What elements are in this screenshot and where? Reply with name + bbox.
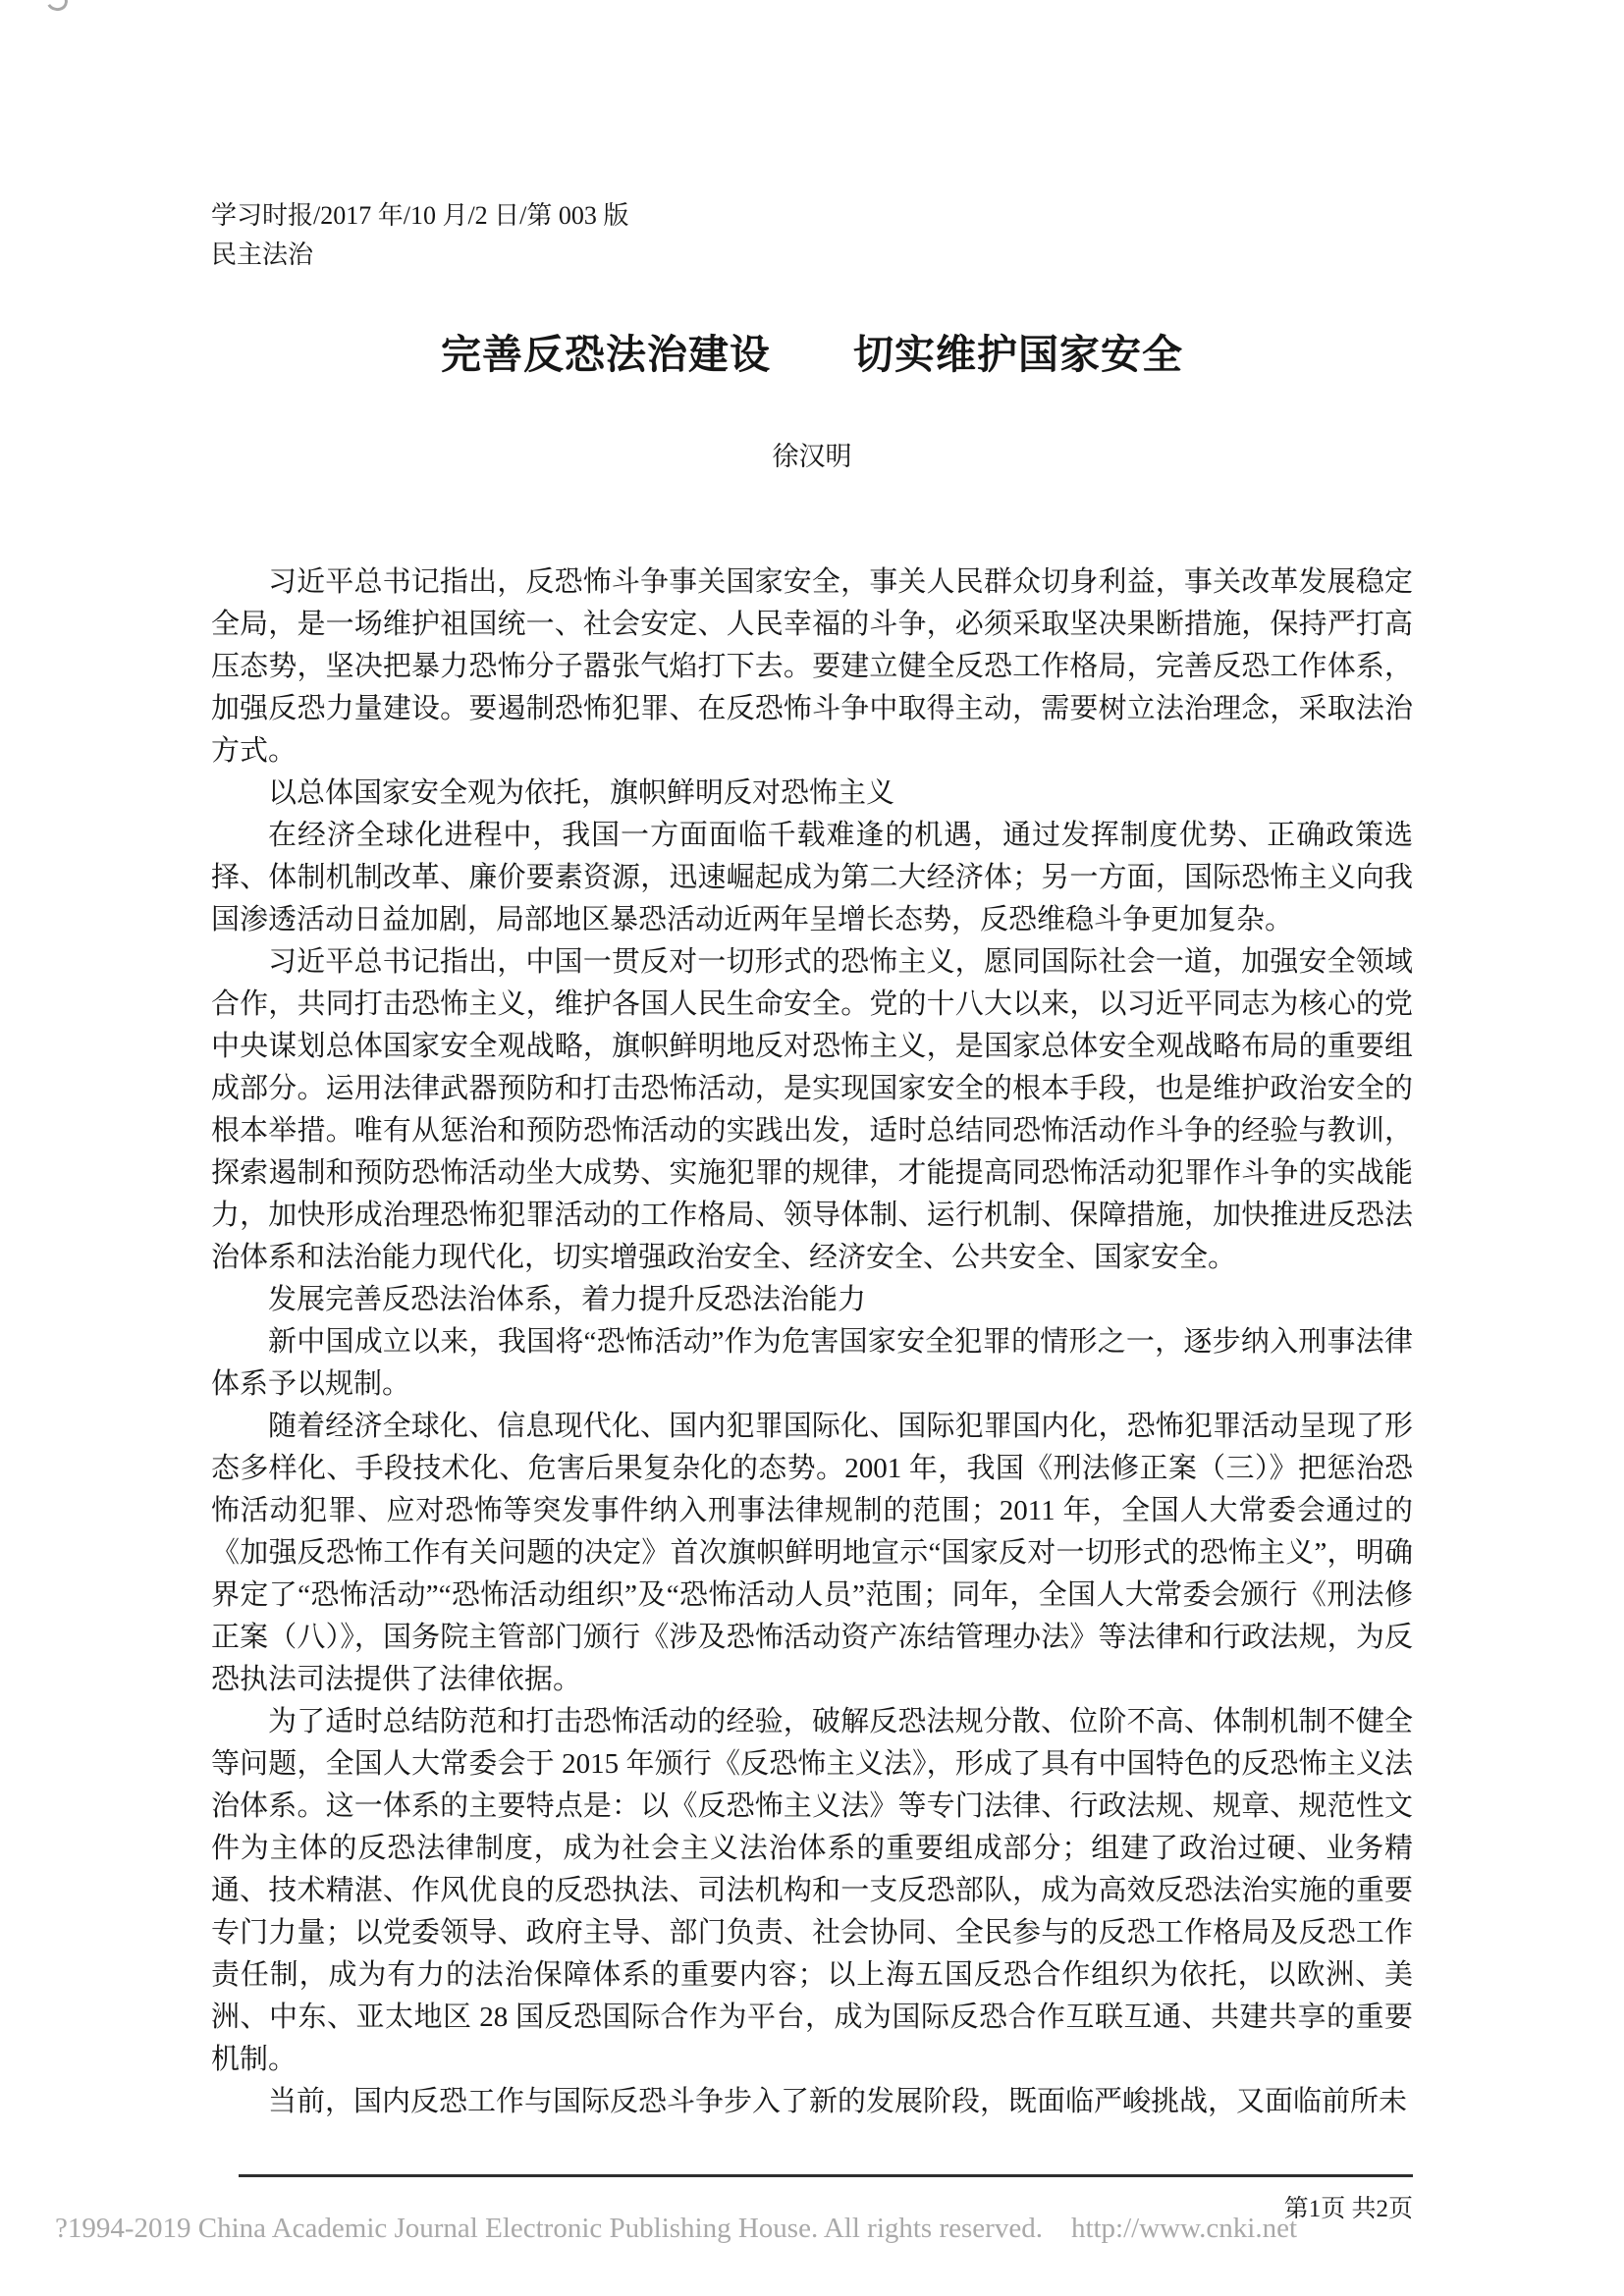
section-line: 民主法治 — [211, 236, 1413, 275]
paragraph-2: 在经济全球化进程中，我国一方面面临千载难逢的机遇，通过发挥制度优势、正确政策选择… — [211, 815, 1413, 941]
article-title: 完善反恐法治建设 切实维护国家安全 — [211, 322, 1413, 380]
article-author: 徐汉明 — [211, 435, 1413, 473]
scan-artifact — [44, 0, 70, 14]
article-body: 习近平总书记指出，反恐怖斗争事关国家安全，事关人民群众切身利益，事关改革发展稳定… — [211, 561, 1413, 2123]
document-page: 学习时报/2017 年/10 月/2 日/第 003 版 民主法治 完善反恐法治… — [0, 0, 1624, 2296]
page-content: 学习时报/2017 年/10 月/2 日/第 003 版 民主法治 完善反恐法治… — [211, 0, 1413, 2224]
paragraph-6: 为了适时总结防范和打击恐怖活动的经验，破解反恐法规分散、位阶不高、体制机制不健全… — [211, 1701, 1413, 2081]
section-heading-1: 以总体国家安全观为依托，旗帜鲜明反对恐怖主义 — [211, 773, 1413, 815]
paragraph-1: 习近平总书记指出，反恐怖斗争事关国家安全，事关人民群众切身利益，事关改革发展稳定… — [211, 561, 1413, 773]
section-heading-2: 发展完善反恐法治体系，着力提升反恐法治能力 — [211, 1279, 1413, 1321]
paragraph-7: 当前，国内反恐工作与国际反恐斗争步入了新的发展阶段，既面临严峻挑战，又面临前所未 — [211, 2081, 1413, 2123]
paragraph-3: 习近平总书记指出，中国一贯反对一切形式的恐怖主义，愿同国际社会一道，加强安全领域… — [211, 941, 1413, 1279]
paragraph-4: 新中国成立以来，我国将“恐怖活动”作为危害国家安全犯罪的情形之一，逐步纳入刑事法… — [211, 1321, 1413, 1406]
copyright-footer: ?1994-2019 China Academic Journal Electr… — [55, 2213, 1297, 2245]
document-header: 学习时报/2017 年/10 月/2 日/第 003 版 民主法治 — [211, 0, 1413, 275]
paragraph-5: 随着经济全球化、信息现代化、国内犯罪国际化、国际犯罪国内化，恐怖犯罪活动呈现了形… — [211, 1406, 1413, 1701]
footer-divider — [239, 2174, 1413, 2177]
source-line: 学习时报/2017 年/10 月/2 日/第 003 版 — [211, 196, 1413, 236]
